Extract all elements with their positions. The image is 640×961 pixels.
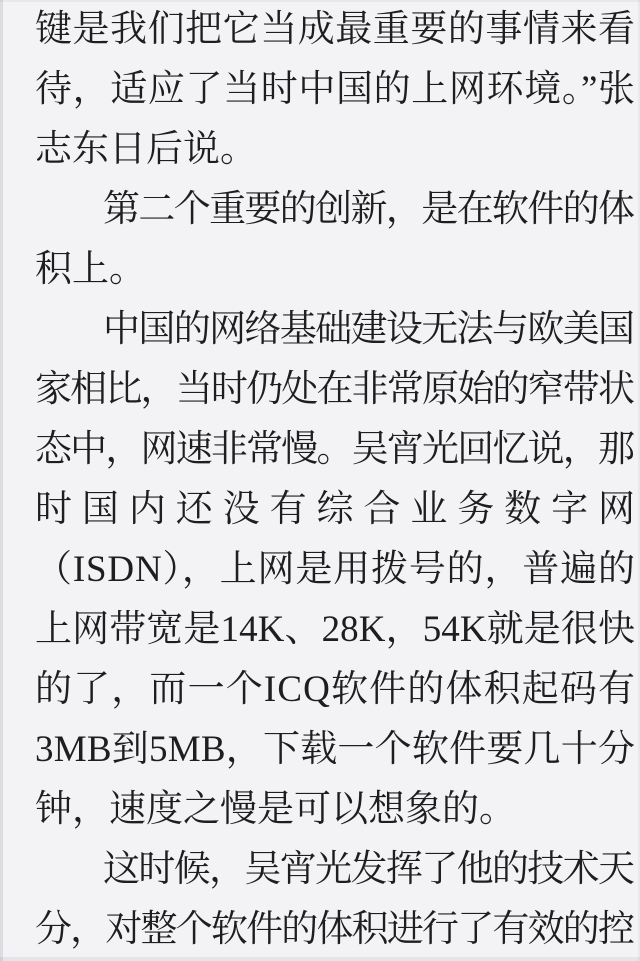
text-line: 志东日后说。 <box>35 120 635 180</box>
page-text: 键是我们把它当成最重要的事情来看待，适应了当时中国的上网环境。”张志东日后说。第… <box>0 0 640 960</box>
text-line: 家相比，当时仍处在非常原始的窄带状 <box>35 360 635 420</box>
text-line: 上网带宽是14K、28K，54K就是很快 <box>35 600 635 660</box>
text-line: 键是我们把它当成最重要的事情来看 <box>35 0 635 60</box>
text-line: 中国的网络基础建设无法与欧美国 <box>35 300 635 360</box>
book-page[interactable]: 键是我们把它当成最重要的事情来看待，适应了当时中国的上网环境。”张志东日后说。第… <box>0 0 640 961</box>
text-line: 3MB到5MB，下载一个软件要几十分 <box>35 720 635 780</box>
text-line: 第二个重要的创新，是在软件的体 <box>35 180 635 240</box>
text-line: 积上。 <box>35 240 635 300</box>
text-line: （ISDN），上网是用拨号的，普遍的 <box>35 540 635 600</box>
text-line: 态中，网速非常慢。吴宵光回忆说，那 <box>35 420 635 480</box>
text-line: 待，适应了当时中国的上网环境。”张 <box>35 60 635 120</box>
text-line: 时国内还没有综合业务数字网 <box>35 480 635 540</box>
text-line: 的了，而一个ICQ软件的体积起码有 <box>35 660 635 720</box>
text-line: 分，对整个软件的体积进行了有效的控 <box>35 900 635 960</box>
text-line: 这时候，吴宵光发挥了他的技术天 <box>35 840 635 900</box>
text-line: 钟，速度之慢是可以想象的。 <box>35 780 635 840</box>
